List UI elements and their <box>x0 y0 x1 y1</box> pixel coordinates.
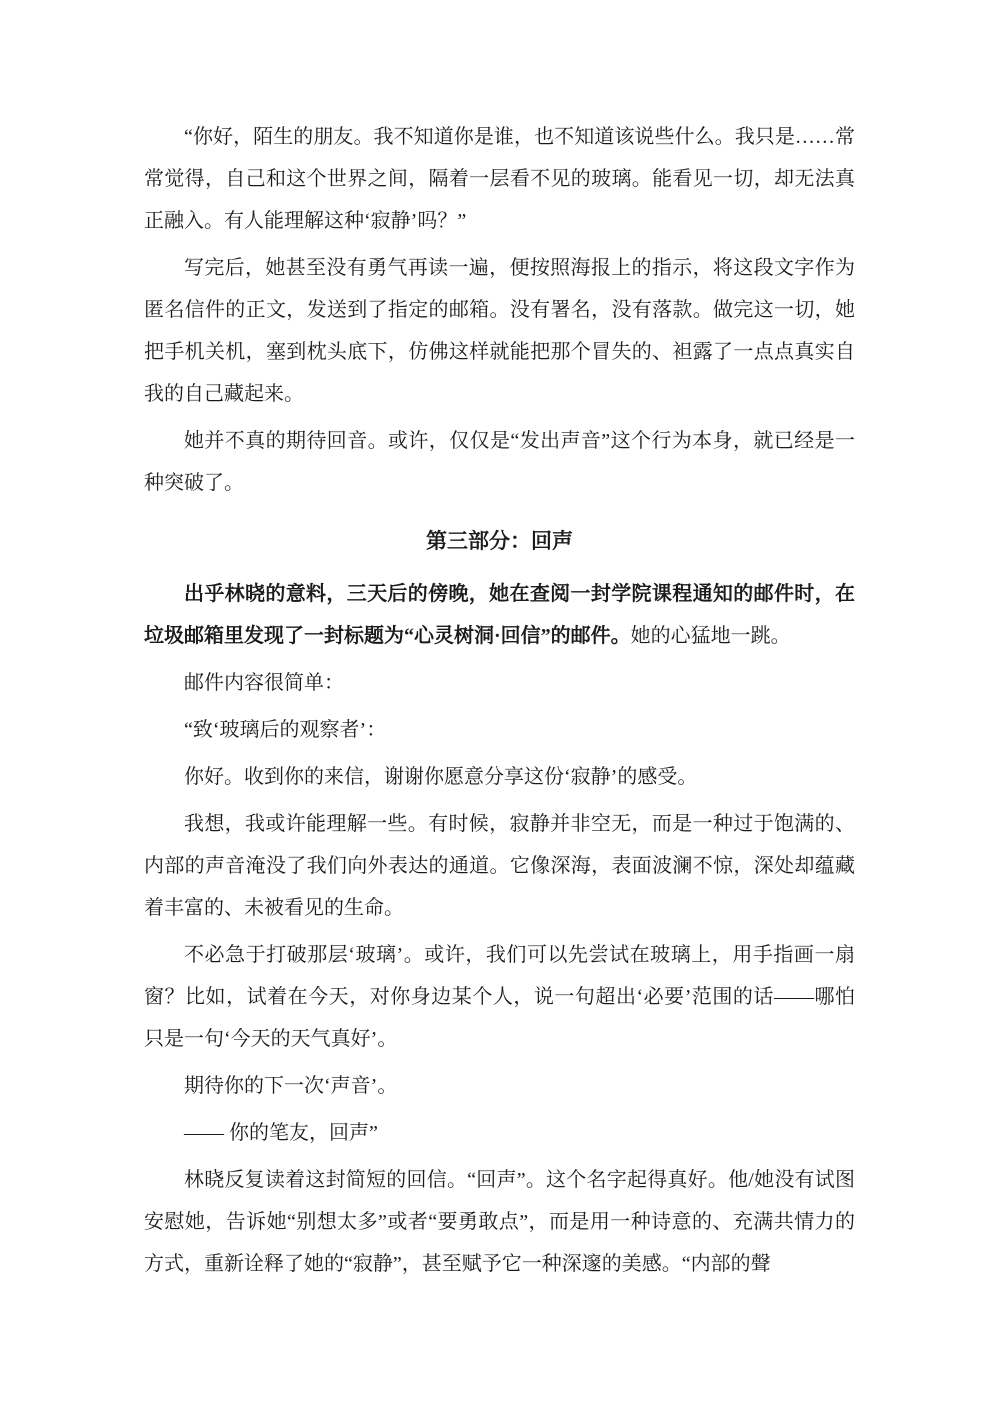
normal-text-run: 她的心猛地一跳。 <box>631 625 791 647</box>
paragraph-reply-greeting: 你好。收到你的来信，谢谢你愿意分享这份‘寂静’的感受。 <box>144 756 855 798</box>
paragraph-reaction: 林晓反复读着这封简短的回信。“回声”。这个名字起得真好。他/她没有试图安慰她，告… <box>144 1159 855 1285</box>
paragraph-email-intro: 邮件内容很简单： <box>144 662 855 704</box>
paragraph-discovery: 出乎林晓的意料，三天后的傍晚，她在查阅一封学院课程通知的邮件时，在垃圾邮箱里发现… <box>144 573 855 657</box>
paragraph-after-writing: 写完后，她甚至没有勇气再读一遍，便按照海报上的指示，将这段文字作为匿名信件的正文… <box>144 247 855 415</box>
document-page: “你好，陌生的朋友。我不知道你是谁，也不知道该说些什么。我只是……常常觉得，自己… <box>0 0 999 1415</box>
section-heading: 第三部分：回声 <box>144 520 855 562</box>
paragraph-letter-opening: “你好，陌生的朋友。我不知道你是谁，也不知道该说些什么。我只是……常常觉得，自己… <box>144 116 855 242</box>
paragraph-reply-suggestion: 不必急于打破那层‘玻璃’。或许，我们可以先尝试在玻璃上，用手指画一扇窗？比如，试… <box>144 934 855 1060</box>
paragraph-no-expectation: 她并不真的期待回音。或许，仅仅是“发出声音”这个行为本身，就已经是一种突破了。 <box>144 420 855 504</box>
paragraph-reply-signature: —— 你的笔友，回声” <box>144 1112 855 1154</box>
paragraph-reply-salutation: “致‘玻璃后的观察者’： <box>144 709 855 751</box>
paragraph-reply-understanding: 我想，我或许能理解一些。有时候，寂静并非空无，而是一种过于饱满的、内部的声音淹没… <box>144 803 855 929</box>
paragraph-reply-expectation: 期待你的下一次‘声音’。 <box>144 1065 855 1107</box>
